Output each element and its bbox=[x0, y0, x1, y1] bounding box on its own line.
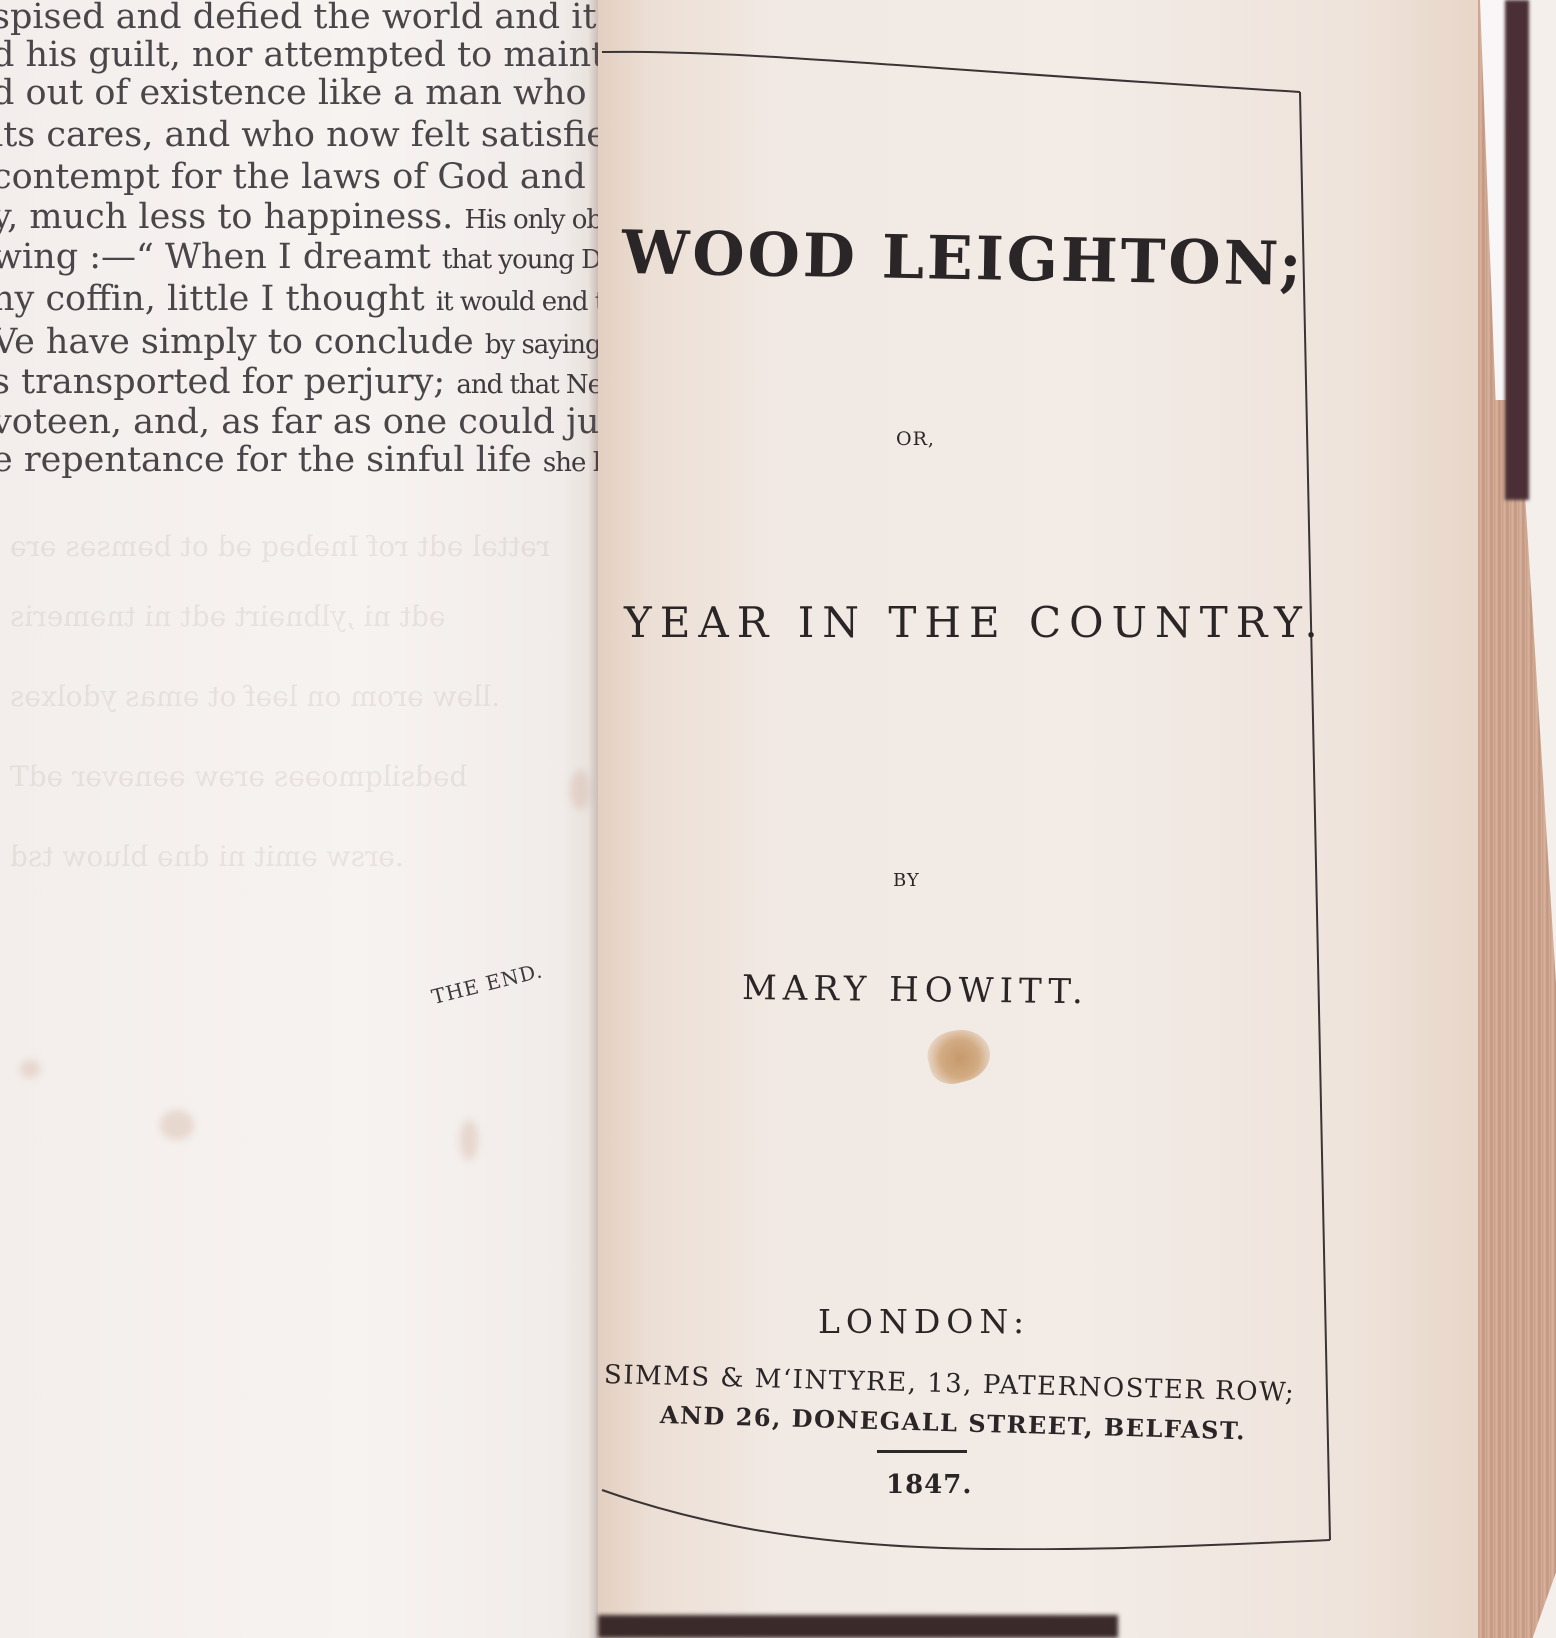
text-line: y, much less to happiness. His only obse… bbox=[0, 200, 640, 235]
conjunction-text: OR, bbox=[896, 428, 935, 450]
left-page: rəttəl ədt rof Inəbəq əd ot bəmsəs ərə ə… bbox=[0, 0, 598, 1638]
horizontal-rule bbox=[877, 1450, 967, 1453]
book-cover-edge bbox=[1505, 0, 1529, 500]
text-line: ny coffin, little I thought it would end… bbox=[0, 282, 683, 317]
foxing-spot bbox=[570, 770, 590, 810]
text-line: wing :—“ When I dreamt that young Dalton bbox=[0, 240, 663, 275]
publication-city: LONDON: bbox=[818, 1302, 1030, 1341]
author-name: MARY HOWITT. bbox=[742, 968, 1089, 1012]
by-text: BY bbox=[893, 870, 920, 891]
book-cover-bottom bbox=[598, 1615, 1118, 1638]
foxing-spot bbox=[20, 1060, 40, 1078]
book-subtitle: YEAR IN THE COUNTRY. bbox=[624, 598, 1326, 647]
foxing-spot bbox=[460, 1120, 478, 1160]
text-line: Ve have simply to conclude by saying tha… bbox=[0, 325, 683, 360]
publication-year: 1847. bbox=[886, 1470, 972, 1500]
text-line: contempt for the laws of God and man bbox=[0, 160, 673, 195]
the-end-marker: THE END. bbox=[429, 958, 545, 1009]
foxing-spot bbox=[160, 1110, 194, 1140]
book-title: WOOD LEIGHTON; bbox=[621, 218, 1305, 300]
